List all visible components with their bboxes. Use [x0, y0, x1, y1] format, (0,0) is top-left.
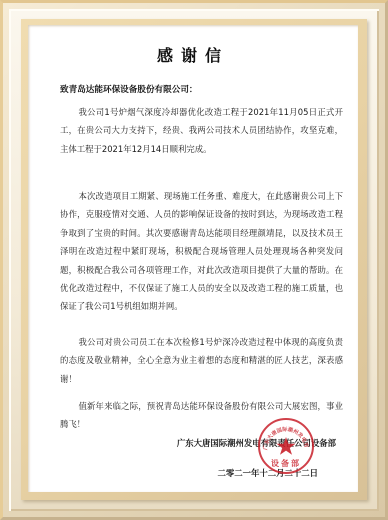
picture-frame-outer: 感谢信 致青岛达能环保设备股份有限公司： 我公司1号炉烟气深度冷却器优化改造工程…: [0, 0, 388, 520]
seal-center-text: 设备部: [271, 458, 301, 468]
letter-title: 感谢信: [28, 43, 358, 66]
red-seal-stamp-icon: 广东大唐国际潮州发电有限责任公司 设备部: [257, 417, 315, 475]
letter-salutation: 致青岛达能环保设备股份有限公司：: [60, 83, 198, 95]
letter-paragraph-1: 我公司1号炉烟气深度冷却器优化改造工程于2021年11月05日正式开工，在贵公司…: [60, 103, 343, 158]
letter-paragraph-3: 我公司对贵公司员工在本次检修1号炉深冷改造过程中体现的高度负责的态度及敬业精神，…: [60, 333, 343, 388]
letter-paragraph-2: 本次改造项目工期紧、现场施工任务重、难度大，在此感谢贵公司上下协作，克服疫情对交…: [60, 187, 343, 316]
